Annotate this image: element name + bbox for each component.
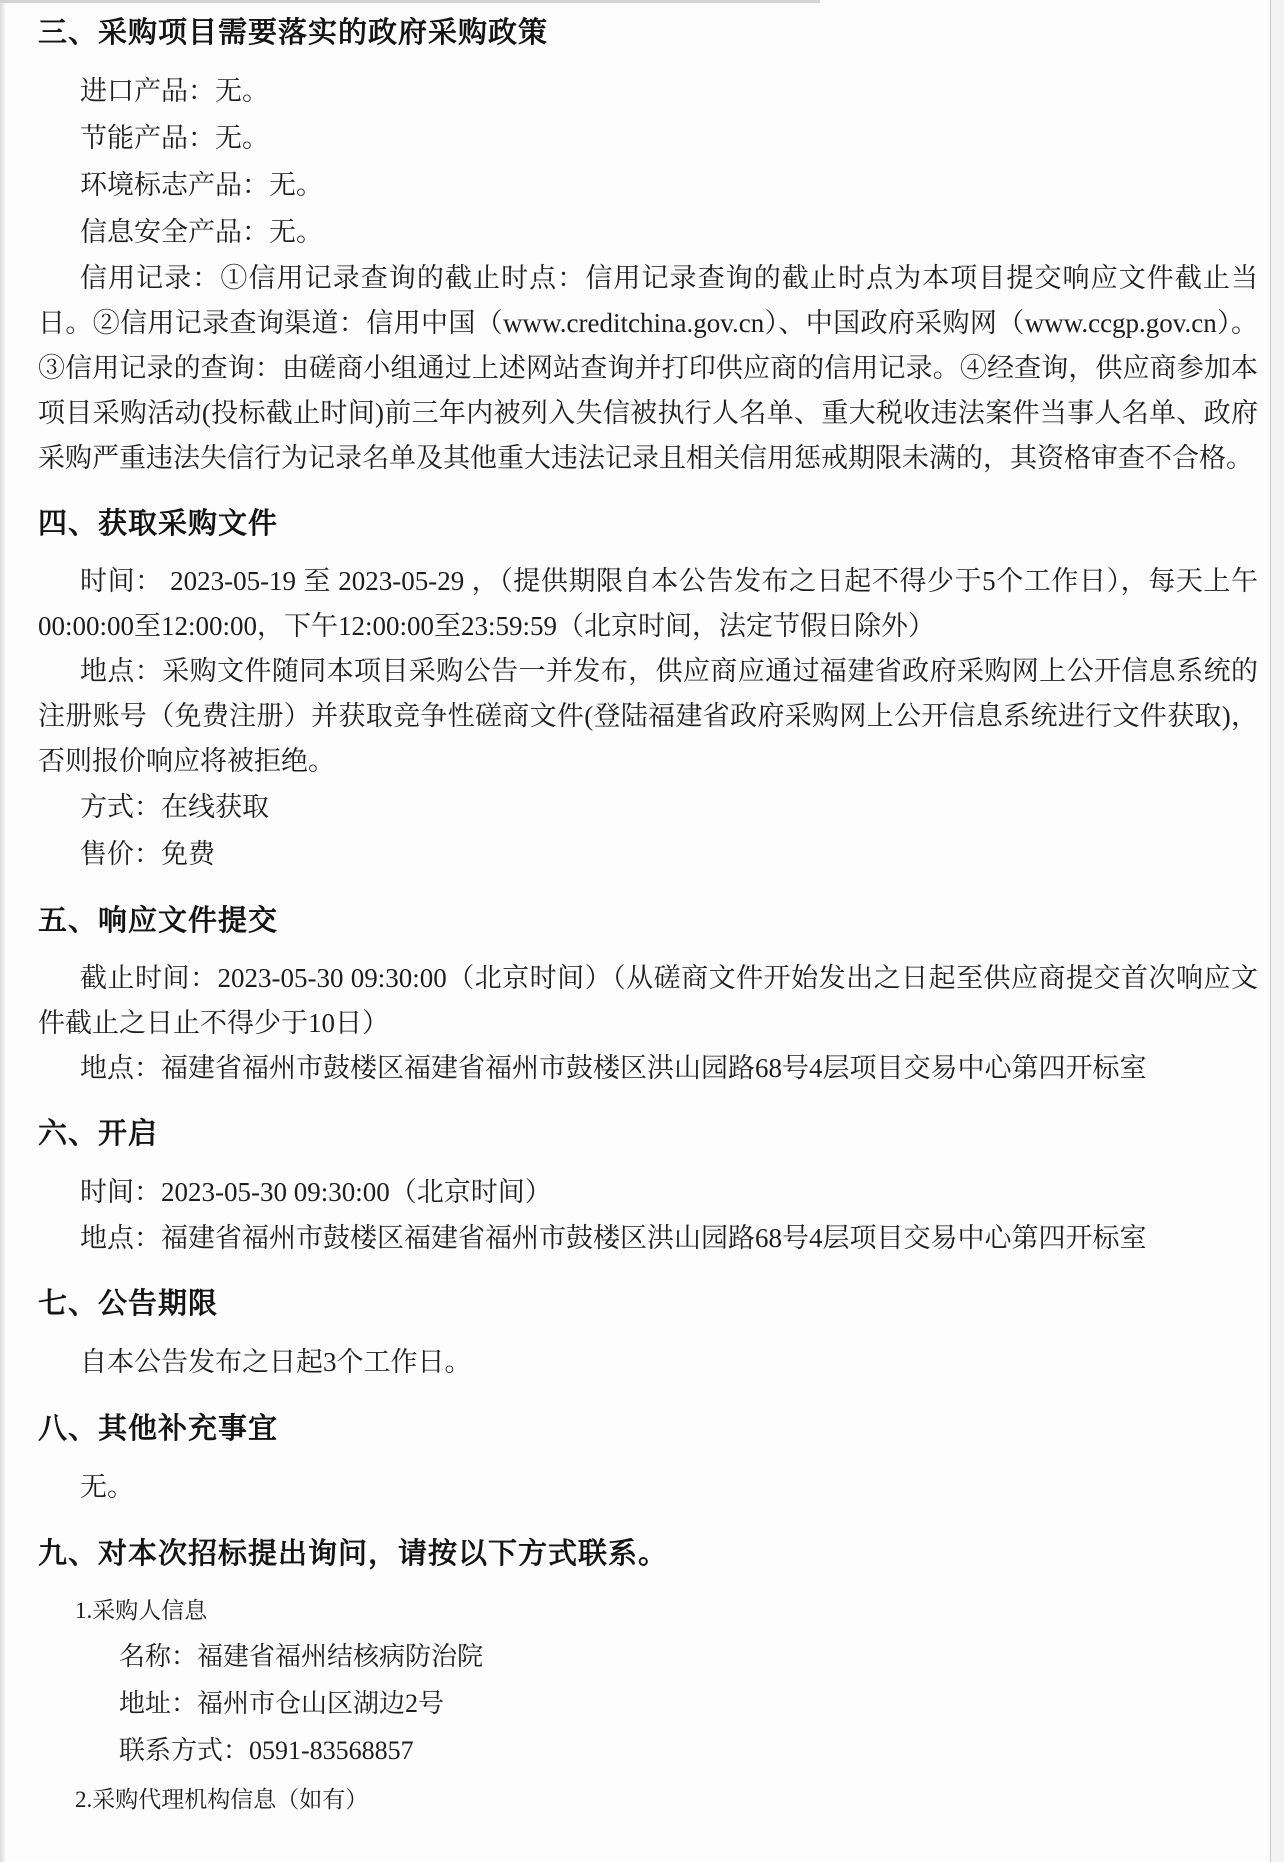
obtain-method: 方式：在线获取 [38, 784, 1258, 831]
section-contact-info: 九、对本次招标提出询问，请按以下方式联系。 1.采购人信息 名称：福建省福州结核… [38, 1531, 1258, 1822]
policy-energy-saving-products: 节能产品：无。 [38, 115, 1258, 162]
section-opening: 六、开启 时间：2023-05-30 09:30:00（北京时间） 地点：福建省… [38, 1111, 1258, 1261]
opening-time: 时间：2023-05-30 09:30:00（北京时间） [38, 1169, 1258, 1216]
procurement-announcement-page: 三、采购项目需要落实的政府采购政策 进口产品：无。 节能产品：无。 环境标志产品… [0, 0, 1284, 1862]
purchaser-address: 地址：福州市仓山区湖边2号 [38, 1680, 1258, 1727]
obtain-location: 地点：采购文件随同本项目采购公告一并发布，供应商应通过福建省政府采购网上公开信息… [38, 649, 1258, 784]
section-heading-other-matters: 八、其他补充事宜 [38, 1406, 1258, 1452]
purchaser-name: 名称：福建省福州结核病防治院 [38, 1633, 1258, 1680]
scan-edge-left [0, 0, 6, 1862]
policy-credit-record-paragraph: 信用记录：①信用记录查询的截止时点：信用记录查询的截止时点为本项目提交响应文件截… [38, 256, 1258, 481]
section-heading-policies: 三、采购项目需要落实的政府采购政策 [38, 10, 1258, 56]
other-matters-content: 无。 [38, 1464, 1258, 1511]
obtain-time: 时间： 2023-05-19 至 2023-05-29 ，（提供期限自本公告发布… [38, 559, 1258, 649]
section-procurement-policies: 三、采购项目需要落实的政府采购政策 进口产品：无。 节能产品：无。 环境标志产品… [38, 10, 1258, 481]
opening-location: 地点：福建省福州市鼓楼区福建省福州市鼓楼区洪山园路68号4层项目交易中心第四开标… [38, 1216, 1258, 1261]
announcement-period-content: 自本公告发布之日起3个工作日。 [38, 1339, 1258, 1386]
section-announcement-period: 七、公告期限 自本公告发布之日起3个工作日。 [38, 1281, 1258, 1386]
purchaser-contact: 联系方式：0591-83568857 [38, 1727, 1258, 1774]
agency-info-label: 2.采购代理机构信息（如有） [38, 1778, 1258, 1822]
purchaser-info-label: 1.采购人信息 [38, 1589, 1258, 1633]
scan-edge-top [0, 0, 820, 3]
section-other-matters: 八、其他补充事宜 无。 [38, 1406, 1258, 1511]
section-response-submission: 五、响应文件提交 截止时间：2023-05-30 09:30:00（北京时间）（… [38, 898, 1258, 1091]
section-heading-obtain-documents: 四、获取采购文件 [38, 501, 1258, 547]
submission-deadline: 截止时间：2023-05-30 09:30:00（北京时间）（从磋商文件开始发出… [38, 956, 1258, 1046]
obtain-price: 售价：免费 [38, 831, 1258, 878]
scan-edge-right-fill [1271, 0, 1284, 1862]
policy-import-products: 进口产品：无。 [38, 68, 1258, 115]
submission-location: 地点：福建省福州市鼓楼区福建省福州市鼓楼区洪山园路68号4层项目交易中心第四开标… [38, 1046, 1258, 1091]
section-heading-response-submission: 五、响应文件提交 [38, 898, 1258, 944]
policy-info-security-products: 信息安全产品：无。 [38, 209, 1258, 256]
section-heading-opening: 六、开启 [38, 1111, 1258, 1157]
policy-environment-label-products: 环境标志产品：无。 [38, 162, 1258, 209]
section-heading-announcement-period: 七、公告期限 [38, 1281, 1258, 1327]
section-obtain-documents: 四、获取采购文件 时间： 2023-05-19 至 2023-05-29 ，（提… [38, 501, 1258, 878]
section-heading-contact-info: 九、对本次招标提出询问，请按以下方式联系。 [38, 1531, 1258, 1577]
